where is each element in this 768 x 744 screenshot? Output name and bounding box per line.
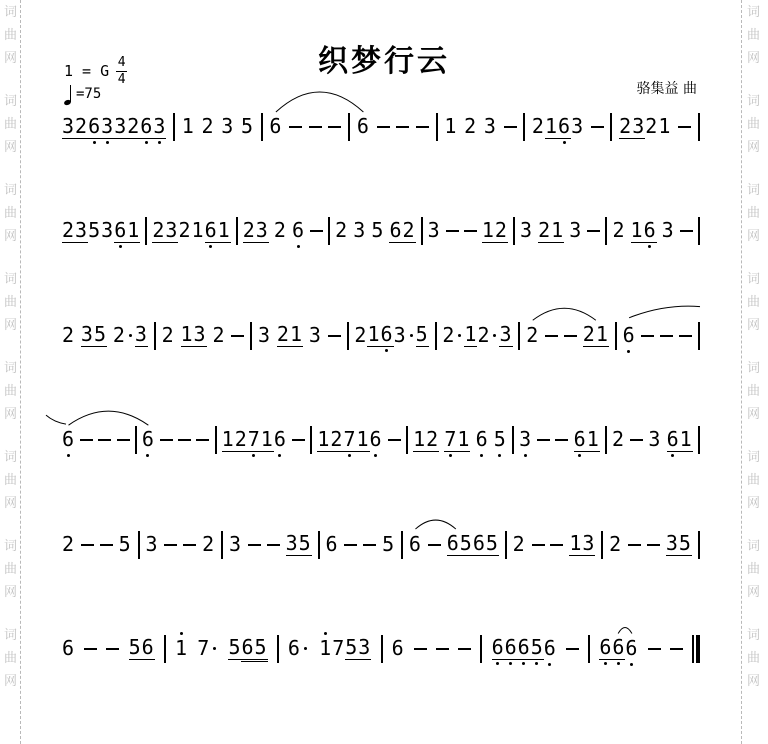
- right-margin-divider: [741, 0, 742, 744]
- note-token: 2: [532, 116, 545, 138]
- note-digit: 5: [345, 637, 358, 657]
- note-digit: 3: [81, 324, 94, 344]
- beam-group: 232161: [152, 220, 230, 243]
- watermark-char: 词: [747, 273, 760, 286]
- note-token: 1: [658, 116, 671, 138]
- digit-group: 3: [101, 220, 114, 242]
- barline: [605, 217, 607, 245]
- digit-group: 63: [88, 116, 114, 139]
- note-digit: 1: [464, 324, 477, 344]
- note-digit: 1: [218, 220, 231, 240]
- watermark-char: 网: [4, 586, 17, 599]
- note-digit: 5: [94, 324, 107, 344]
- watermark-char: 词: [4, 95, 17, 108]
- digit-group: 1: [464, 324, 477, 347]
- digit-group: 6: [288, 638, 301, 660]
- note-token: 65: [473, 533, 499, 556]
- dash: [416, 126, 429, 128]
- watermark-group: 词曲网: [747, 95, 760, 154]
- digit-group: 6: [544, 638, 557, 660]
- note-token: 66: [599, 637, 625, 660]
- digit-group: 5: [416, 324, 429, 347]
- note-digit: 1: [127, 220, 140, 240]
- watermark-char: 词: [4, 451, 17, 464]
- note-token: 2: [442, 325, 464, 347]
- dash: [81, 544, 94, 546]
- watermark-char: 词: [747, 6, 760, 19]
- note-token: 65: [447, 533, 473, 556]
- watermark-char: 词: [4, 6, 17, 19]
- digit-group: 65: [473, 533, 499, 556]
- dash: [309, 126, 322, 128]
- dash: [178, 439, 191, 441]
- note-token: 2: [526, 325, 539, 347]
- note-token: 61: [574, 429, 600, 452]
- note-token: 12: [222, 429, 248, 452]
- digit-group: 3: [221, 116, 234, 138]
- note-digit: 3: [258, 325, 271, 345]
- note-digit: 6: [381, 324, 394, 344]
- key-label: 1 = G: [64, 62, 109, 80]
- digit-group: 1: [192, 220, 205, 242]
- note-token: 3: [309, 325, 322, 347]
- note-token: 3: [394, 325, 416, 347]
- note-token: 35: [666, 533, 692, 556]
- note-token: 3: [135, 324, 148, 347]
- digit-group: 2: [62, 534, 75, 556]
- digit-group: 13: [569, 533, 595, 556]
- watermark-char: 词: [747, 95, 760, 108]
- dash: [414, 648, 427, 650]
- barline: [215, 426, 217, 454]
- digit-group: 3: [648, 429, 661, 451]
- note-token: 21: [538, 220, 564, 243]
- note-token: 2: [645, 116, 658, 138]
- watermark-char: 词: [4, 362, 17, 375]
- watermark-char: 曲: [747, 474, 760, 487]
- barline: [480, 635, 482, 663]
- barline: [698, 113, 700, 141]
- note-digit: 3: [135, 324, 148, 344]
- digit-group: 3: [519, 429, 532, 451]
- note-digit: 1: [569, 533, 582, 553]
- watermark-char: 网: [747, 675, 760, 688]
- note-digit: 3: [428, 220, 441, 240]
- note-token: 1: [464, 324, 477, 347]
- note-token: 16: [367, 324, 393, 347]
- note-token: 62: [389, 220, 415, 243]
- music-line: 6561756561753666656666: [62, 632, 700, 666]
- digit-group: 21: [277, 324, 303, 347]
- digit-group: 32: [62, 116, 88, 139]
- digit-group: 6: [623, 325, 636, 347]
- note-digit: 2: [426, 429, 439, 449]
- note-token: 2: [62, 534, 75, 556]
- digit-group: 63: [140, 116, 166, 139]
- note-digit: 6: [62, 638, 75, 658]
- watermark-char: 网: [4, 675, 17, 688]
- note-digit: 3: [153, 116, 166, 136]
- note-token: 6: [409, 534, 422, 556]
- watermark-group: 词曲网: [747, 362, 760, 421]
- watermark-char: 曲: [4, 385, 17, 398]
- note-token: 71: [444, 429, 470, 452]
- beam-group: 1753: [319, 637, 371, 660]
- watermark-char: 网: [747, 497, 760, 510]
- digit-group: 3: [309, 325, 322, 347]
- note-digit: 5: [494, 429, 507, 449]
- watermark-char: 曲: [747, 385, 760, 398]
- note-token: 3: [353, 220, 366, 242]
- digit-group: 2: [612, 220, 625, 242]
- music-line: 25323356566565213235: [62, 528, 700, 562]
- dash: [648, 648, 661, 650]
- dash: [310, 230, 323, 232]
- beam-group: 666: [599, 637, 638, 660]
- digit-group: 6: [62, 638, 75, 660]
- note-digit: 3: [286, 533, 299, 553]
- beam-group: 6565: [447, 533, 499, 556]
- note-digit: 3: [394, 325, 407, 345]
- composer-credit: 骆集益 曲: [637, 78, 697, 98]
- note-token: 35: [286, 533, 312, 556]
- watermark-char: 网: [747, 319, 760, 332]
- note-digit: 2: [612, 220, 625, 240]
- time-denominator: 4: [118, 73, 126, 87]
- quarter-note-icon: [64, 84, 74, 105]
- dash: [428, 544, 441, 546]
- note-token: 2: [609, 534, 622, 556]
- digit-group: 7: [197, 638, 210, 660]
- watermark-char: 网: [747, 586, 760, 599]
- note-token: 21: [277, 324, 303, 347]
- note-digit: 6: [625, 638, 638, 658]
- note-token: 5: [371, 220, 384, 242]
- dash: [555, 439, 568, 441]
- digit-group: 61: [114, 220, 140, 243]
- note-digit: 1: [181, 324, 194, 344]
- note-digit: 3: [519, 429, 532, 449]
- digit-group: 6: [292, 220, 305, 242]
- note-digit: 6: [325, 534, 338, 554]
- note-digit: 6: [241, 637, 254, 657]
- digit-group: 6: [370, 429, 383, 451]
- dash: [388, 439, 401, 441]
- digit-group: 2: [113, 325, 126, 347]
- note-digit: 2: [62, 220, 75, 240]
- dash: [164, 544, 177, 546]
- barline: [601, 531, 603, 559]
- note-digit: 6: [288, 638, 301, 658]
- barline: [250, 322, 252, 350]
- dash: [587, 230, 600, 232]
- digit-group: 3: [499, 324, 512, 347]
- digit-group: 35: [286, 533, 312, 556]
- note-digit: 1: [175, 638, 188, 658]
- note-token: 2: [612, 429, 625, 451]
- note-digit: 6: [392, 638, 405, 658]
- beam-group: 2321: [619, 116, 671, 139]
- note-digit: 2: [538, 220, 551, 240]
- dash: [344, 544, 357, 546]
- note-token: 1: [192, 220, 205, 242]
- note-token: 71: [343, 429, 369, 452]
- note-digit: 6: [142, 637, 155, 657]
- tempo-marking: =75: [64, 84, 101, 105]
- note-digit: 1: [545, 116, 558, 136]
- note-digit: 1: [413, 429, 426, 449]
- note-token: 7: [332, 638, 345, 660]
- barline: [221, 531, 223, 559]
- dash: [630, 439, 643, 441]
- note-digit: 2: [495, 220, 508, 240]
- digit-group: 1: [182, 116, 195, 138]
- digit-group: 65: [447, 533, 473, 556]
- beam-group: 32633263: [62, 116, 166, 139]
- watermark-char: 词: [747, 362, 760, 375]
- final-barline: [692, 635, 700, 663]
- note-digit: 1: [367, 324, 380, 344]
- digit-group: 5: [494, 429, 507, 451]
- watermark-char: 曲: [747, 563, 760, 576]
- digit-group: 3: [571, 116, 584, 138]
- digit-group: 2: [354, 325, 367, 347]
- digit-group: 6: [62, 429, 75, 451]
- note-token: 2: [212, 325, 225, 347]
- note-digit: 2: [354, 325, 367, 345]
- note-digit: 2: [202, 534, 215, 554]
- note-token: 12: [482, 220, 508, 243]
- note-digit: 6: [205, 220, 218, 240]
- note-token: 16: [545, 116, 571, 139]
- digit-group: 6: [325, 534, 338, 556]
- watermark-char: 词: [747, 629, 760, 642]
- note-digit: 1: [596, 324, 609, 344]
- note-token: 7: [197, 638, 219, 660]
- watermark-group: 词曲网: [747, 273, 760, 332]
- digit-group: 2: [442, 325, 455, 347]
- note-digit: 6: [558, 116, 571, 136]
- note-digit: 5: [228, 637, 241, 657]
- note-digit: 3: [221, 116, 234, 136]
- barline: [138, 531, 140, 559]
- digit-group: 3: [394, 325, 407, 347]
- note-digit: 6: [274, 429, 287, 449]
- dash: [545, 335, 558, 337]
- music-line: 6612716127161271653612361: [62, 423, 700, 457]
- note-digit: 1: [357, 429, 370, 449]
- note-token: 5: [119, 534, 132, 556]
- note-digit: 2: [532, 116, 545, 136]
- digit-group: 32: [114, 116, 140, 139]
- beam-group: 23: [113, 324, 148, 347]
- digit-group: 16: [545, 116, 571, 139]
- note-digit: 6: [370, 429, 383, 449]
- note-token: 5: [88, 220, 101, 242]
- dash: [641, 335, 654, 337]
- digit-group: 2: [201, 116, 214, 138]
- watermark-char: 网: [4, 230, 17, 243]
- digit-group: 5: [88, 220, 101, 242]
- digit-group: 3: [229, 534, 242, 556]
- barline: [435, 322, 437, 350]
- watermark-char: 曲: [747, 652, 760, 665]
- note-digit: 3: [165, 220, 178, 240]
- digit-group: 65: [518, 637, 544, 660]
- digit-group: 71: [248, 429, 274, 452]
- watermark-char: 网: [747, 230, 760, 243]
- digit-group: 2: [335, 220, 348, 242]
- digit-group: 2: [477, 325, 490, 347]
- note-token: 2: [113, 325, 135, 347]
- note-digit: 5: [241, 116, 254, 136]
- watermark-group: 词曲网: [4, 540, 17, 599]
- note-digit: 3: [353, 220, 366, 240]
- note-token: 2: [335, 220, 348, 242]
- barline: [277, 635, 279, 663]
- dash: [396, 126, 409, 128]
- digit-group: 66: [492, 637, 518, 660]
- barline: [588, 635, 590, 663]
- note-token: 5: [416, 324, 429, 347]
- note-token: 2: [464, 116, 477, 138]
- barline: [421, 217, 423, 245]
- note-digit: 6: [473, 533, 486, 553]
- dash: [84, 648, 97, 650]
- note-digit: 3: [484, 116, 497, 136]
- note-token: 6: [142, 429, 155, 451]
- augmentation-dot: [458, 334, 461, 337]
- digit-group: 16: [367, 324, 393, 347]
- note-token: 12: [413, 429, 439, 452]
- note-token: 32: [114, 116, 140, 139]
- beam-group: 2163: [532, 116, 584, 139]
- note-token: 21: [583, 324, 609, 347]
- barline: [615, 322, 617, 350]
- note-digit: 3: [229, 534, 242, 554]
- barline: [518, 322, 520, 350]
- note-token: 71: [248, 429, 274, 452]
- digit-group: 3: [428, 220, 441, 242]
- digit-group: 1: [175, 638, 188, 660]
- note-digit: 3: [358, 637, 371, 657]
- watermark-char: 网: [4, 141, 17, 154]
- dash: [436, 648, 449, 650]
- watermark-char: 网: [4, 497, 17, 510]
- note-digit: 5: [382, 534, 395, 554]
- note-digit: 3: [114, 116, 127, 136]
- note-digit: 1: [457, 429, 470, 449]
- note-token: 5: [382, 534, 395, 556]
- digit-group: 61: [667, 429, 693, 452]
- note-token: 2: [477, 325, 499, 347]
- note-token: 3: [519, 429, 532, 451]
- watermark-char: 曲: [4, 207, 17, 220]
- watermark-group: 词曲网: [747, 540, 760, 599]
- note-digit: 7: [197, 638, 210, 658]
- note-digit: 2: [62, 534, 75, 554]
- digit-group: 6: [409, 534, 422, 556]
- note-token: 3: [662, 220, 675, 242]
- note-token: 3: [428, 220, 441, 242]
- note-digit: 2: [526, 325, 539, 345]
- dash: [680, 230, 693, 232]
- dash: [98, 439, 111, 441]
- note-token: 1: [444, 116, 457, 138]
- dash: [117, 439, 130, 441]
- note-token: 2: [201, 116, 214, 138]
- note-digit: 1: [551, 220, 564, 240]
- digit-group: 1: [444, 116, 457, 138]
- note-digit: 6: [492, 637, 505, 657]
- beam-group: 12716: [317, 429, 382, 452]
- watermark-group: 词曲网: [4, 184, 17, 243]
- note-head: [63, 99, 71, 106]
- note-digit: 6: [476, 429, 489, 449]
- digit-group: 5: [382, 534, 395, 556]
- note-token: 2: [178, 220, 191, 242]
- note-token: 16: [631, 220, 657, 243]
- digit-group: 2: [532, 116, 545, 138]
- digit-group: 56: [129, 637, 155, 660]
- dash: [537, 439, 550, 441]
- dash: [160, 439, 173, 441]
- digit-group: 2: [202, 534, 215, 556]
- watermark-char: 词: [4, 540, 17, 553]
- note-digit: 2: [235, 429, 248, 449]
- note-token: 6: [625, 638, 638, 660]
- note-digit: 6: [544, 638, 557, 658]
- watermark-group: 词曲网: [4, 273, 17, 332]
- note-digit: 2: [75, 116, 88, 136]
- barline: [310, 426, 312, 454]
- note-token: 6: [357, 116, 370, 138]
- note-digit: 3: [194, 324, 207, 344]
- watermark-char: 网: [747, 141, 760, 154]
- note-digit: 2: [162, 325, 175, 345]
- beam-group: 235361: [62, 220, 140, 243]
- dash: [328, 126, 341, 128]
- note-digit: 2: [612, 429, 625, 449]
- note-token: 6: [370, 429, 383, 451]
- note-digit: 5: [371, 220, 384, 240]
- note-token: 65: [518, 637, 544, 660]
- watermark-char: 词: [4, 184, 17, 197]
- digit-group: 71: [444, 429, 470, 452]
- augmentation-dot: [410, 334, 413, 337]
- watermark-char: 词: [747, 540, 760, 553]
- digit-group: 2: [526, 325, 539, 347]
- dash: [328, 335, 341, 337]
- augmentation-dot: [493, 334, 496, 337]
- dash: [80, 439, 93, 441]
- note-digit: 5: [679, 533, 692, 553]
- watermark-group: 词曲网: [747, 184, 760, 243]
- barline: [698, 322, 700, 350]
- dash: [292, 439, 305, 441]
- watermark-group: 词曲网: [4, 451, 17, 510]
- note-token: 3: [229, 534, 242, 556]
- digit-group: 2: [212, 325, 225, 347]
- dash: [106, 648, 119, 650]
- note-digit: 3: [666, 533, 679, 553]
- music-line: 23536123216123262356231232132163: [62, 214, 700, 248]
- digit-group: 65: [241, 637, 267, 660]
- watermark-char: 词: [4, 629, 17, 642]
- dash: [670, 648, 683, 650]
- digit-group: 3: [145, 534, 158, 556]
- note-digit: 2: [477, 325, 490, 345]
